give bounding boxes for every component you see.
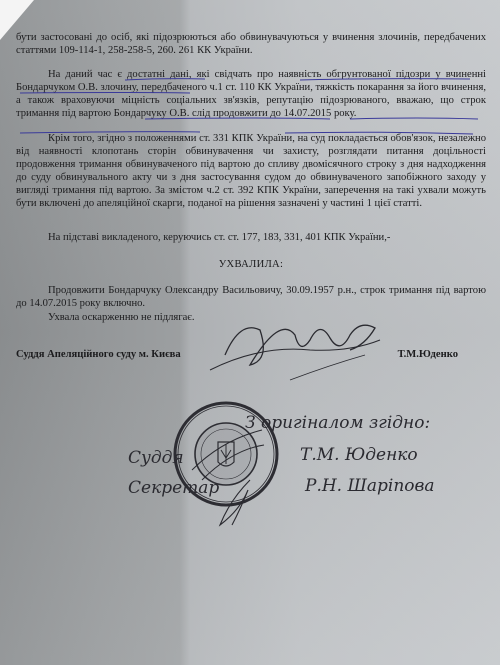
certification-secretary-role: Секретар [128,478,219,498]
certification-judge-role: Суддя [128,448,184,468]
secretary-signature [210,480,270,530]
certification-line: З оригіналом згідно: [245,413,430,433]
certification-secretary-name: Р.Н. Шаріпова [305,476,435,496]
judge-signature [200,310,390,380]
certification-judge-name: Т.М. Юденко [300,445,418,465]
